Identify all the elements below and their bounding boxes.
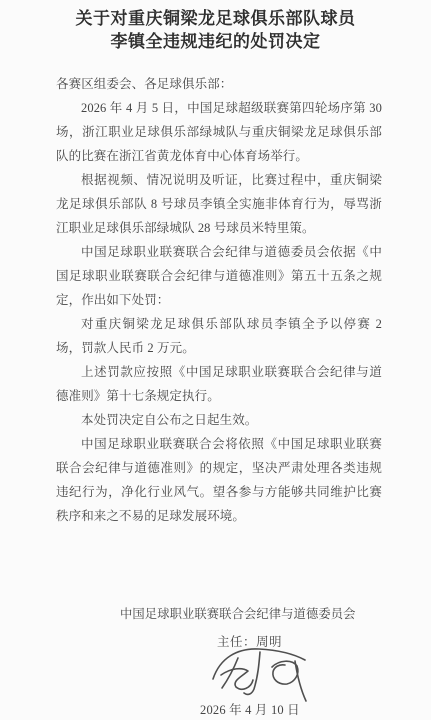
body-paragraph: 中国足球职业联赛联合会纪律与道德委员会依据《中国足球职业联赛联合会纪律与道德准则… (56, 240, 382, 312)
document-body: 各赛区组委会、各足球俱乐部： 2026 年 4 月 5 日，中国足球超级联赛第四… (56, 72, 382, 528)
body-paragraph: 本处罚决定自公布之日起生效。 (56, 408, 382, 432)
signature-date: 2026 年 4 月 10 日 (200, 700, 300, 718)
title-line-2: 李镇全违规违纪的处罚决定 (0, 30, 431, 53)
handwritten-signature-icon (207, 643, 311, 703)
signing-organization: 中国足球职业联赛联合会纪律与道德委员会 (120, 604, 356, 622)
salutation: 各赛区组委会、各足球俱乐部： (56, 72, 382, 96)
document-page: 关于对重庆铜梁龙足球俱乐部队球员 李镇全违规违纪的处罚决定 各赛区组委会、各足球… (0, 0, 431, 720)
body-paragraph: 上述罚款应按照《中国足球职业联赛联合会纪律与道德准则》第十七条规定执行。 (56, 360, 382, 408)
body-paragraph: 2026 年 4 月 5 日，中国足球超级联赛第四轮场序第 30 场，浙江职业足… (56, 96, 382, 168)
body-paragraph: 中国足球职业联赛联合会将依照《中国足球职业联赛联合会纪律与道德准则》的规定，坚决… (56, 432, 382, 528)
body-paragraph: 对重庆铜梁龙足球俱乐部队球员李镇全予以停赛 2 场，罚款人民币 2 万元。 (56, 312, 382, 360)
document-title: 关于对重庆铜梁龙足球俱乐部队球员 李镇全违规违纪的处罚决定 (0, 7, 431, 53)
title-line-1: 关于对重庆铜梁龙足球俱乐部队球员 (0, 7, 431, 30)
body-paragraph: 根据视频、情况说明及听证，比赛过程中，重庆铜梁龙足球俱乐部队 8 号球员李镇全实… (56, 168, 382, 240)
